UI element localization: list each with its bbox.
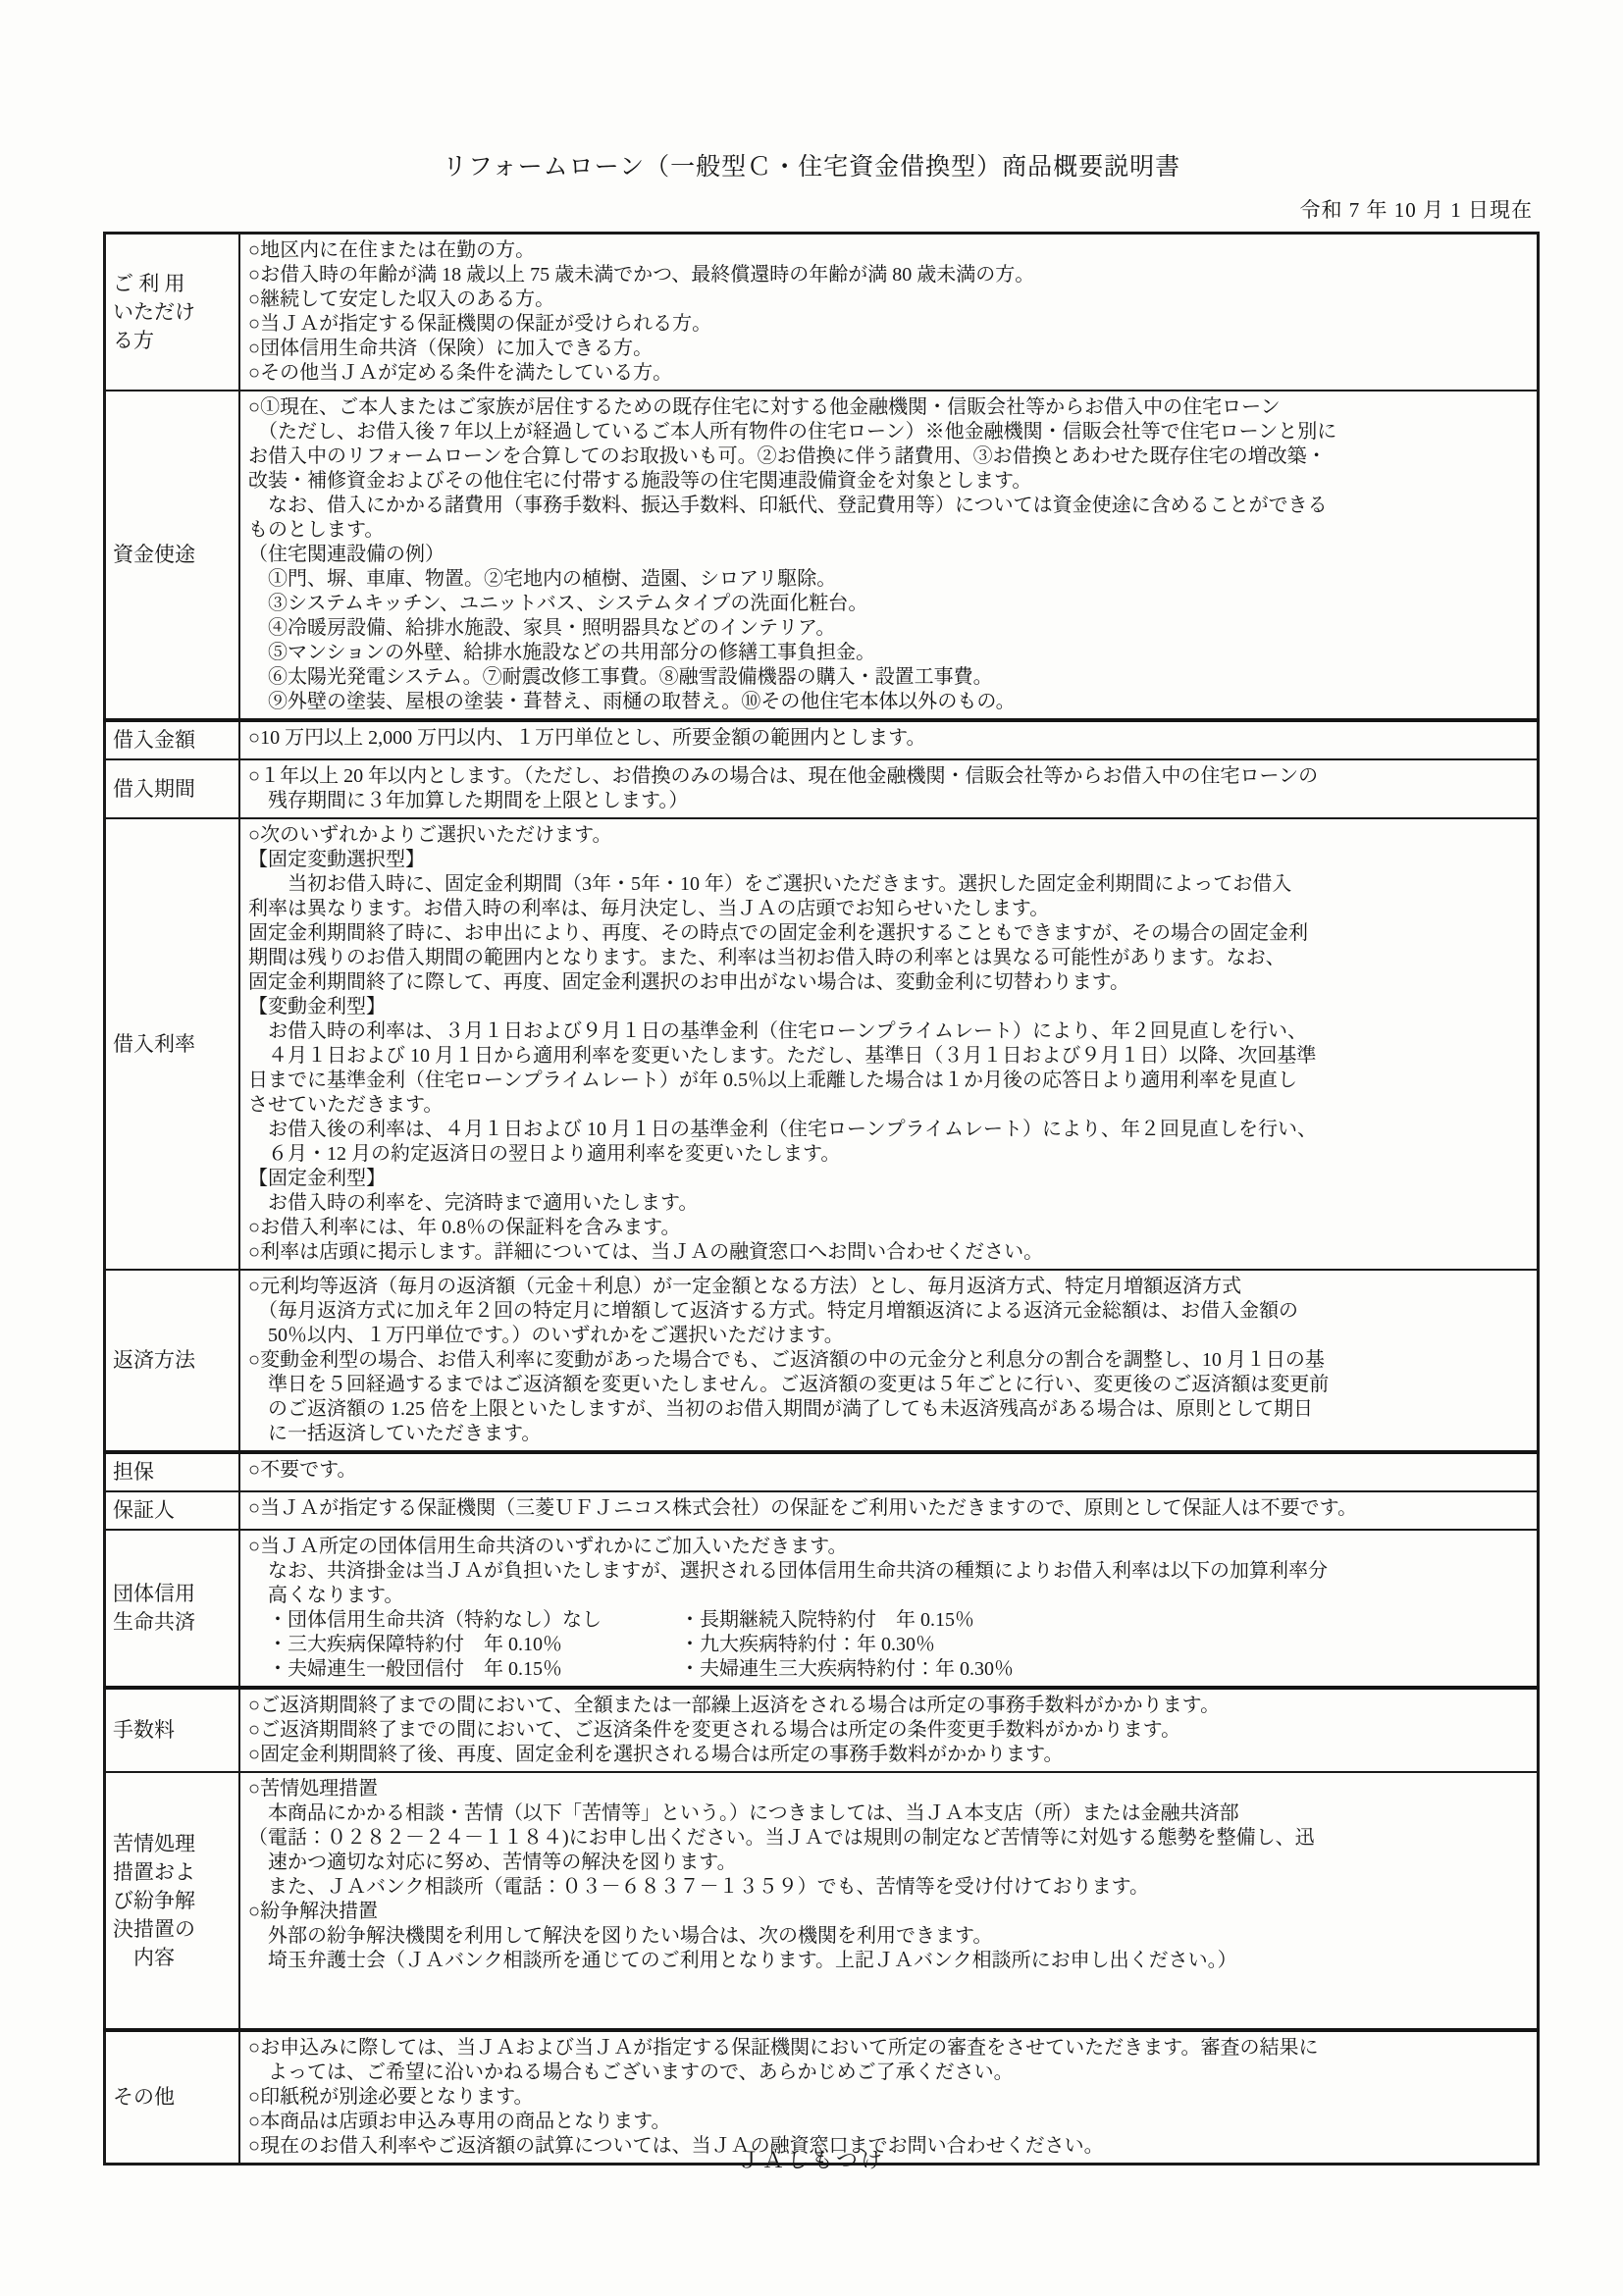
row-content: ○10 万円以上 2,000 万円以内、１万円単位とし、所要金額の範囲内とします…	[239, 720, 1539, 759]
content-line: ○ご返済期間終了までの間において、ご返済条件を変更される場合は所定の条件変更手数…	[248, 1718, 1533, 1743]
content-line: ○団体信用生命共済（保険）に加入できる方。	[248, 337, 1533, 361]
content-line: ○苦情処理措置	[248, 1777, 1533, 1801]
content-line: ○変動金利型の場合、お借入利率に変動があった場合でも、ご返済額の中の元金分と利息…	[248, 1348, 1533, 1373]
content-line: 【固定金利型】	[248, 1167, 1533, 1191]
content-line: 固定金利期間終了に際して、再度、固定金利選択のお申出がない場合は、変動金利に切替…	[248, 970, 1533, 995]
content-line: ○お借入利率には、年 0.8％の保証料を含みます。	[248, 1216, 1533, 1240]
content-line: ・夫婦連生一般団信付 年 0.15％ ・夫婦連生三大疾病特約付：年 0.30％	[248, 1657, 1533, 1682]
content-line: ○お借入時の年齢が満 18 歳以上 75 歳未満でかつ、最終償還時の年齢が満 8…	[248, 263, 1533, 287]
row-header: 苦情処理 措置およ び紛争解 決措置の 内容	[105, 1772, 240, 2030]
row-header: 手数料	[105, 1688, 240, 1772]
table-row: 団体信用 生命共済○当ＪＡ所定の団体信用生命共済のいずれかにご加入いただきます。…	[105, 1530, 1539, 1688]
content-line: また、ＪＡバンク相談所（電話：０３－６８３７－１３５９）でも、苦情等を受け付けて…	[248, 1875, 1533, 1900]
row-content: ○次のいずれかよりご選択いただけます。【固定変動選択型】 当初お借入時に、固定金…	[239, 818, 1539, 1270]
row-header: 返済方法	[105, 1270, 240, 1452]
table-row: 担保○不要です。	[105, 1452, 1539, 1491]
row-header: 担保	[105, 1452, 240, 1491]
content-line: ○当ＪＡが指定する保証機関（三菱ＵＦＪニコス株式会社）の保証をご利用いただきます…	[248, 1496, 1533, 1521]
row-header: 借入利率	[105, 818, 240, 1270]
content-line: 50％以内、１万円単位です。）のいずれかをご選択いただけます。	[248, 1324, 1533, 1348]
content-line: ○１年以上 20 年以内とします。（ただし、お借換のみの場合は、現在他金融機関・…	[248, 764, 1533, 789]
table-row: 借入期間○１年以上 20 年以内とします。（ただし、お借換のみの場合は、現在他金…	[105, 759, 1539, 818]
content-line: 高くなります。	[248, 1584, 1533, 1608]
content-line: お借入中のリフォームローンを合算してのお取扱いも可。②お借換に伴う諸費用、③お借…	[248, 444, 1533, 469]
content-line: ⑨外壁の塗装、屋根の塗装・葺替え、雨樋の取替え。⑩その他住宅本体以外のもの。	[248, 690, 1533, 714]
content-line: 【変動金利型】	[248, 995, 1533, 1019]
spec-table-body: ご 利 用 いただけ る方○地区内に在住または在勤の方。○お借入時の年齢が満 1…	[105, 234, 1539, 2165]
row-content: ○①現在、ご本人またはご家族が居住するための既存住宅に対する他金融機関・信販会社…	[239, 391, 1539, 720]
content-line: よっては、ご希望に沿いかねる場合もございますので、あらかじめご了承ください。	[248, 2061, 1533, 2085]
row-content: ○ご返済期間終了までの間において、全額または一部繰上返済をされる場合は所定の事務…	[239, 1688, 1539, 1772]
table-row: 返済方法○元利均等返済（毎月の返済額（元金＋利息）が一定金額となる方法）とし、毎…	[105, 1270, 1539, 1452]
content-line: 改装・補修資金およびその他住宅に付帯する施設等の住宅関連設備資金を対象とします。	[248, 469, 1533, 494]
row-header: ご 利 用 いただけ る方	[105, 234, 240, 391]
content-line: 当初お借入時に、固定金利期間（3年・5年・10 年）をご選択いただきます。選択し…	[248, 872, 1533, 897]
row-content: ○地区内に在住または在勤の方。○お借入時の年齢が満 18 歳以上 75 歳未満で…	[239, 234, 1539, 391]
content-line: させていただきます。	[248, 1093, 1533, 1118]
content-line: ・団体信用生命共済（特約なし）なし ・長期継続入院特約付 年 0.15％	[248, 1608, 1533, 1633]
content-line: ○地区内に在住または在勤の方。	[248, 238, 1533, 263]
content-line: ○継続して安定した収入のある方。	[248, 287, 1533, 312]
content-line: 本商品にかかる相談・苦情（以下「苦情等」という。）につきましては、当ＪＡ本支店（…	[248, 1801, 1533, 1826]
content-line: ○次のいずれかよりご選択いただけます。	[248, 823, 1533, 848]
row-header: 保証人	[105, 1491, 240, 1530]
content-line: ○お申込みに際しては、当ＪＡおよび当ＪＡが指定する保証機関において所定の審査をさ…	[248, 2036, 1533, 2061]
row-content: ○当ＪＡ所定の団体信用生命共済のいずれかにご加入いただきます。 なお、共済掛金は…	[239, 1530, 1539, 1688]
content-line: お借入時の利率は、３月１日および９月１日の基準金利（住宅ローンプライムレート）に…	[248, 1019, 1533, 1044]
content-line: 準日を５回経過するまではご返済額を変更いたしません。ご返済額の変更は５年ごとに行…	[248, 1373, 1533, 1397]
row-header: 借入金額	[105, 720, 240, 759]
content-line: ○10 万円以上 2,000 万円以内、１万円単位とし、所要金額の範囲内とします…	[248, 726, 1533, 751]
content-line: お借入後の利率は、４月１日および 10 月１日の基準金利（住宅ローンプライムレー…	[248, 1118, 1533, 1142]
content-line: ○印紙税が別途必要となります。	[248, 2085, 1533, 2110]
content-line: 外部の紛争解決機関を利用して解決を図りたい場合は、次の機関を利用できます。	[248, 1924, 1533, 1949]
content-line: ものとします。	[248, 518, 1533, 543]
content-line: ⑤マンションの外壁、給排水施設などの共用部分の修繕工事負担金。	[248, 641, 1533, 665]
content-line: ⑥太陽光発電システム。⑦耐震改修工事費。⑧融雪設備機器の購入・設置工事費。	[248, 665, 1533, 690]
content-line: 日までに基準金利（住宅ローンプライムレート）が年 0.5％以上乖離した場合は１か…	[248, 1069, 1533, 1093]
issuer-name: ＪＡしもつけ	[0, 2144, 1623, 2174]
row-content: ○当ＪＡが指定する保証機関（三菱ＵＦＪニコス株式会社）の保証をご利用いただきます…	[239, 1491, 1539, 1530]
content-line: ○ご返済期間終了までの間において、全額または一部繰上返済をされる場合は所定の事務…	[248, 1694, 1533, 1718]
document-page: リフォームローン（一般型Ｃ・住宅資金借換型）商品概要説明書 令和 7 年 10 …	[0, 0, 1623, 2296]
content-line: ④冷暖房設備、給排水施設、家具・照明器具などのインテリア。	[248, 616, 1533, 641]
content-line: ６月・12 月の約定返済日の翌日より適用利率を変更いたします。	[248, 1142, 1533, 1167]
content-line: ・三大疾病保障特約付 年 0.10％ ・九大疾病特約付：年 0.30％	[248, 1633, 1533, 1657]
row-content: ○元利均等返済（毎月の返済額（元金＋利息）が一定金額となる方法）とし、毎月返済方…	[239, 1270, 1539, 1452]
table-row: ご 利 用 いただけ る方○地区内に在住または在勤の方。○お借入時の年齢が満 1…	[105, 234, 1539, 391]
row-header: 団体信用 生命共済	[105, 1530, 240, 1688]
content-line: ４月１日および 10 月１日から適用利率を変更いたします。ただし、基準日（３月１…	[248, 1044, 1533, 1069]
content-line: 【固定変動選択型】	[248, 848, 1533, 872]
content-line: ○元利均等返済（毎月の返済額（元金＋利息）が一定金額となる方法）とし、毎月返済方…	[248, 1275, 1533, 1299]
content-line: （電話：０２８２－２４－１１８４)にお申し出ください。当ＪＡでは規則の制定など苦…	[248, 1826, 1533, 1851]
table-row: 保証人○当ＪＡが指定する保証機関（三菱ＵＦＪニコス株式会社）の保証をご利用いただ…	[105, 1491, 1539, 1530]
content-line: ○固定金利期間終了後、再度、固定金利を選択される場合は所定の事務手数料がかかりま…	[248, 1743, 1533, 1767]
table-row: 苦情処理 措置およ び紛争解 決措置の 内容○苦情処理措置 本商品にかかる相談・…	[105, 1772, 1539, 2030]
content-line: ○当ＪＡが指定する保証機関の保証が受けられる方。	[248, 312, 1533, 337]
content-line: 残存期間に３年加算した期間を上限とします。）	[248, 789, 1533, 813]
table-row: 借入利率○次のいずれかよりご選択いただけます。【固定変動選択型】 当初お借入時に…	[105, 818, 1539, 1270]
content-line: ○不要です。	[248, 1458, 1533, 1483]
content-line: （住宅関連設備の例）	[248, 543, 1533, 567]
content-line: 期間は残りのお借入期間の範囲内となります。また、利率は当初お借入時の利率とは異な…	[248, 946, 1533, 970]
content-line: ③システムキッチン、ユニットバス、システムタイプの洗面化粧台。	[248, 592, 1533, 616]
content-line: 固定金利期間終了時に、お申出により、再度、その時点での固定金利を選択することもで…	[248, 921, 1533, 946]
content-line: ○本商品は店頭お申込み専用の商品となります。	[248, 2110, 1533, 2134]
content-line: ○その他当ＪＡが定める条件を満たしている方。	[248, 361, 1533, 386]
product-spec-table: ご 利 用 いただけ る方○地区内に在住または在勤の方。○お借入時の年齢が満 1…	[103, 232, 1540, 2166]
content-line: ①門、塀、車庫、物置。②宅地内の植樹、造園、シロアリ駆除。	[248, 567, 1533, 592]
content-line: 埼玉弁護士会（ＪＡバンク相談所を通じてのご利用となります。上記ＪＡバンク相談所に…	[248, 1949, 1533, 1973]
row-header: 借入期間	[105, 759, 240, 818]
table-row: 借入金額○10 万円以上 2,000 万円以内、１万円単位とし、所要金額の範囲内…	[105, 720, 1539, 759]
row-header: 資金使途	[105, 391, 240, 720]
row-content: ○苦情処理措置 本商品にかかる相談・苦情（以下「苦情等」という。）につきましては…	[239, 1772, 1539, 2030]
content-line: のご返済額の 1.25 倍を上限といたしますが、当初のお借入期間が満了しても未返…	[248, 1397, 1533, 1422]
content-line: なお、共済掛金は当ＪＡが負担いたしますが、選択される団体信用生命共済の種類により…	[248, 1559, 1533, 1584]
table-row: 手数料○ご返済期間終了までの間において、全額または一部繰上返済をされる場合は所定…	[105, 1688, 1539, 1772]
content-line: （ただし、お借入後 7 年以上が経過しているご本人所有物件の住宅ローン）※他金融…	[248, 420, 1533, 444]
page-title: リフォームローン（一般型Ｃ・住宅資金借換型）商品概要説明書	[0, 147, 1623, 183]
content-line: 速かつ適切な対応に努め、苦情等の解決を図ります。	[248, 1851, 1533, 1875]
content-line: 利率は異なります。お借入時の利率は、毎月決定し、当ＪＡの店頭でお知らせいたします…	[248, 897, 1533, 921]
content-line: なお、借入にかかる諸費用（事務手数料、振込手数料、印紙代、登記費用等）については…	[248, 494, 1533, 518]
content-line: お借入時の利率を、完済時まで適用いたします。	[248, 1191, 1533, 1216]
content-line: （毎月返済方式に加え年２回の特定月に増額して返済する方式。特定月増額返済による返…	[248, 1299, 1533, 1324]
content-line: ○当ＪＡ所定の団体信用生命共済のいずれかにご加入いただきます。	[248, 1535, 1533, 1559]
content-line: に一括返済していただきます。	[248, 1422, 1533, 1446]
content-line: ○利率は店頭に掲示します。詳細については、当ＪＡの融資窓口へお問い合わせください…	[248, 1240, 1533, 1265]
content-line: ○紛争解決措置	[248, 1900, 1533, 1924]
content-line: ○①現在、ご本人またはご家族が居住するための既存住宅に対する他金融機関・信販会社…	[248, 395, 1533, 420]
as-of-date: 令和 7 年 10 月 1 日現在	[1300, 194, 1534, 224]
row-content: ○１年以上 20 年以内とします。（ただし、お借換のみの場合は、現在他金融機関・…	[239, 759, 1539, 818]
row-content: ○不要です。	[239, 1452, 1539, 1491]
table-row: 資金使途○①現在、ご本人またはご家族が居住するための既存住宅に対する他金融機関・…	[105, 391, 1539, 720]
